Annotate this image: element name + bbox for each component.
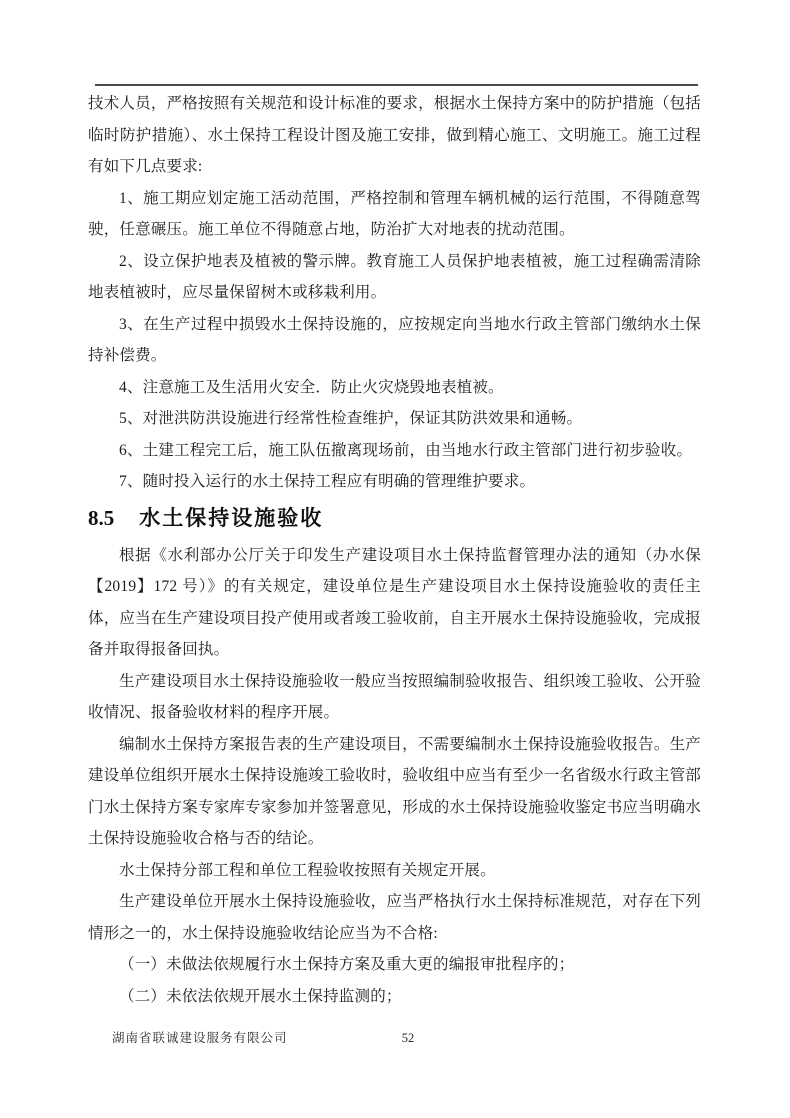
numbered-item-7: 7、随时投入运行的水土保持工程应有明确的管理维护要求。 [88,466,701,498]
continuation-paragraph: 技术人员，严格按照有关规范和设计标准的要求，根据水土保持方案中的防护措施（包括临… [88,88,701,183]
numbered-item-3: 3、在生产过程中损毁水土保持设施的，应按规定向当地水行政主管部门缴纳水土保持补偿… [88,309,701,372]
document-page: 技术人员，严格按照有关规范和设计标准的要求，根据水土保持方案中的防护措施（包括临… [0,0,790,1118]
page-content: 技术人员，严格按照有关规范和设计标准的要求，根据水土保持方案中的防护措施（包括临… [88,88,701,1012]
clause-item-2: （二）未依法依规开展水土保持监测的； [88,981,701,1013]
header-rule [95,84,698,86]
clause-item-1: （一）未做法依规履行水土保持方案及重大更的编报审批程序的； [88,949,701,981]
page-number: 52 [390,1024,426,1052]
body-paragraph-3: 编制水土保持方案报告表的生产建设项目，不需要编制水土保持设施验收报告。生产建设单… [88,729,701,855]
numbered-item-6: 6、土建工程完工后，施工队伍撤离现场前，由当地水行政主管部门进行初步验收。 [88,435,701,467]
numbered-item-4: 4、注意施工及生活用火安全．防止火灾烧毁地表植被。 [88,372,701,404]
numbered-item-2: 2、设立保护地表及植被的警示牌。教育施工人员保护地表植被，施工过程确需清除地表植… [88,246,701,309]
body-paragraph-5: 生产建设单位开展水土保持设施验收，应当严格执行水土保持标准规范，对存在下列情形之… [88,886,701,949]
footer-company-name: 湖南省联诚建设服务有限公司 [112,1024,288,1052]
body-paragraph-2: 生产建设项目水土保持设施验收一般应当按照编制验收报告、组织竣工验收、公开验收情况… [88,666,701,729]
body-paragraph-1: 根据《水利部办公厅关于印发生产建设项目水土保持监督管理办法的通知（办水保【201… [88,540,701,666]
numbered-item-1: 1、施工期应划定施工活动范围，严格控制和管理车辆机械的运行范围，不得随意驾驶，任… [88,183,701,246]
section-number: 8.5 [88,503,114,533]
body-paragraph-4: 水土保持分部工程和单位工程验收按照有关规定开展。 [88,855,701,887]
page-footer: 湖南省联诚建设服务有限公司 52 [0,1024,790,1052]
section-title: 水土保持设施验收 [139,506,323,530]
numbered-item-5: 5、对泄洪防洪设施进行经常性检查维护，保证其防洪效果和通畅。 [88,403,701,435]
section-heading: 8.5水土保持设施验收 [88,503,701,533]
